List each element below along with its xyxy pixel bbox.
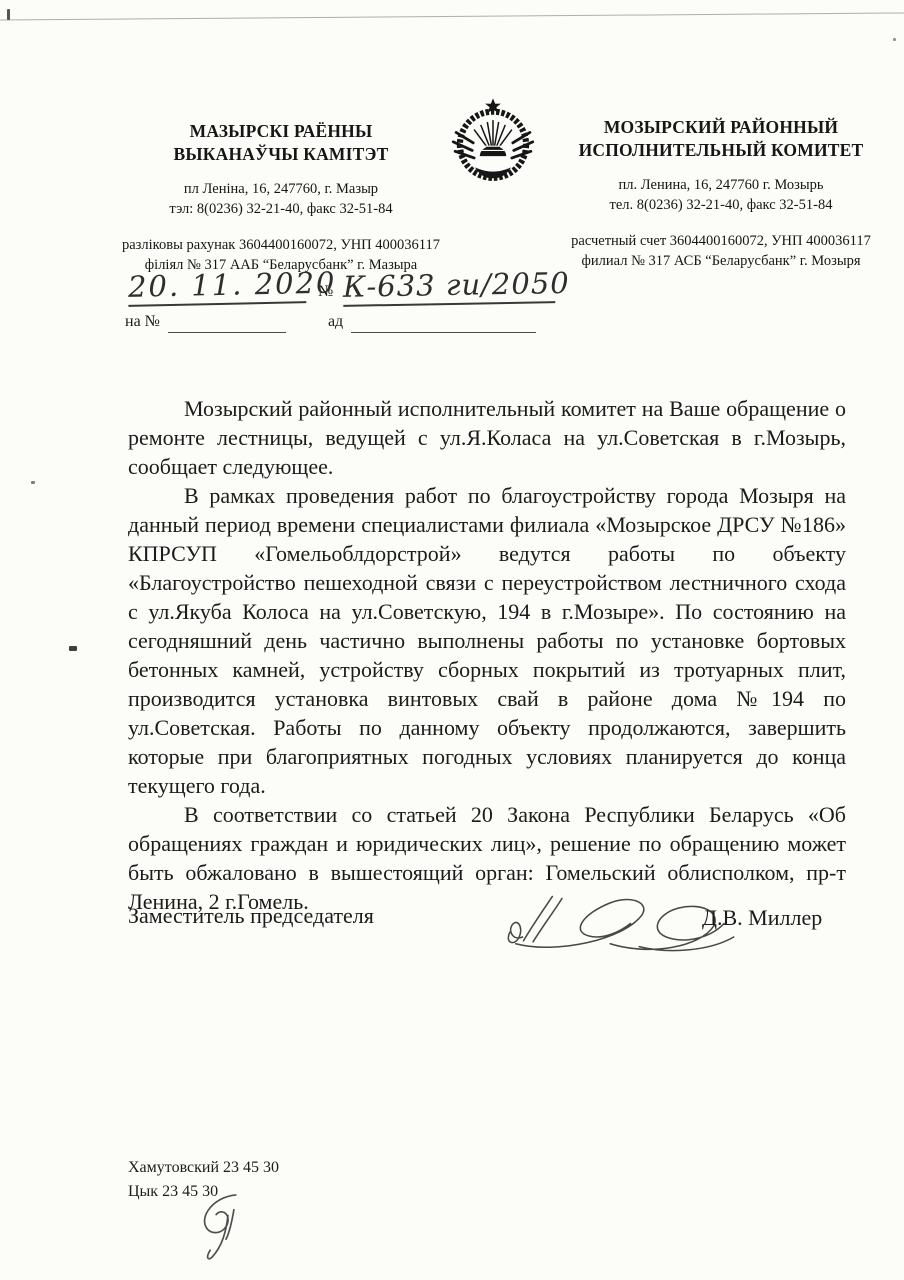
org-name-by-line2: ВЫКАНАЎЧЫ КАМІТЭТ: [118, 143, 444, 166]
org-name-ru-line1: МОЗЫРСКИЙ РАЙОННЫЙ: [552, 116, 890, 139]
letter-body: Мозырский районный исполнительный комите…: [128, 394, 846, 916]
scan-speck: [7, 9, 10, 20]
address-ru-line2: тел. 8(0236) 32-21-40, факс 32-51-84: [552, 195, 890, 215]
address-by-line2: тэл: 8(0236) 32-21-40, факс 32-51-84: [118, 199, 444, 219]
org-name-by-line1: МАЗЫРСКІ РАЁННЫ: [118, 120, 444, 143]
letterhead-russian-column: МОЗЫРСКИЙ РАЙОННЫЙ ИСПОЛНИТЕЛЬНЫЙ КОМИТЕ…: [552, 116, 890, 271]
bank-ru-line2: филиал № 317 АСБ “Беларусбанк” г. Мозыря: [552, 251, 890, 271]
coat-of-arms-icon: [441, 96, 545, 184]
body-paragraph-1: Мозырский районный исполнительный комите…: [128, 394, 846, 481]
bank-details-ru: расчетный счет 3604400160072, УНП 400036…: [552, 231, 890, 272]
executor-contact-1: Хамутовский 23 45 30: [128, 1156, 279, 1180]
reference-row-reply: на № ад: [125, 313, 536, 333]
scan-speck: [893, 38, 896, 41]
org-name-ru-line2: ИСПОЛНИТЕЛЬНЫЙ КОМИТЕТ: [552, 139, 890, 162]
scan-speck: [31, 481, 35, 484]
address-by: пл Леніна, 16, 247760, г. Мазыр тэл: 8(0…: [118, 179, 444, 220]
letterhead-belarusian-column: МАЗЫРСКІ РАЁННЫ ВЫКАНАЎЧЫ КАМІТЭТ пл Лен…: [118, 120, 444, 275]
address-by-line1: пл Леніна, 16, 247760, г. Мазыр: [118, 179, 444, 199]
bank-ru-line1: расчетный счет 3604400160072, УНП 400036…: [552, 231, 890, 251]
reply-from-date-blank: [351, 317, 536, 333]
reply-to-number-label: на №: [125, 313, 160, 333]
visa-signature-icon: [186, 1188, 264, 1262]
handwritten-outgoing-number: К-633 ги/2050: [343, 266, 556, 307]
reference-row-date-number: 20. 11. 2020 № К-633 ги/2050: [128, 268, 555, 305]
address-ru: пл. Ленина, 16, 247760 г. Мозырь тел. 8(…: [552, 175, 890, 216]
reply-to-number-blank: [168, 317, 286, 333]
signer-position-title: Заместитель председателя: [128, 903, 374, 929]
org-name-by: МАЗЫРСКІ РАЁННЫ ВЫКАНАЎЧЫ КАМІТЭТ: [118, 120, 444, 166]
address-ru-line1: пл. Ленина, 16, 247760 г. Мозырь: [552, 175, 890, 195]
reply-from-date-label: ад: [328, 313, 343, 333]
org-name-ru: МОЗЫРСКИЙ РАЙОННЫЙ ИСПОЛНИТЕЛЬНЫЙ КОМИТЕ…: [552, 116, 890, 162]
signer-name: Д.В. Миллер: [702, 905, 822, 931]
scan-artifact-line: [0, 12, 904, 20]
bank-by-line1: разліковы рахунак 3604400160072, УНП 400…: [118, 235, 444, 255]
scanned-letter-page: МАЗЫРСКІ РАЁННЫ ВЫКАНАЎЧЫ КАМІТЭТ пл Лен…: [0, 0, 904, 1280]
body-paragraph-2: В рамках проведения работ по благоустрой…: [128, 481, 846, 800]
scan-speck: [69, 646, 77, 651]
handwritten-date: 20. 11. 2020: [128, 266, 307, 307]
